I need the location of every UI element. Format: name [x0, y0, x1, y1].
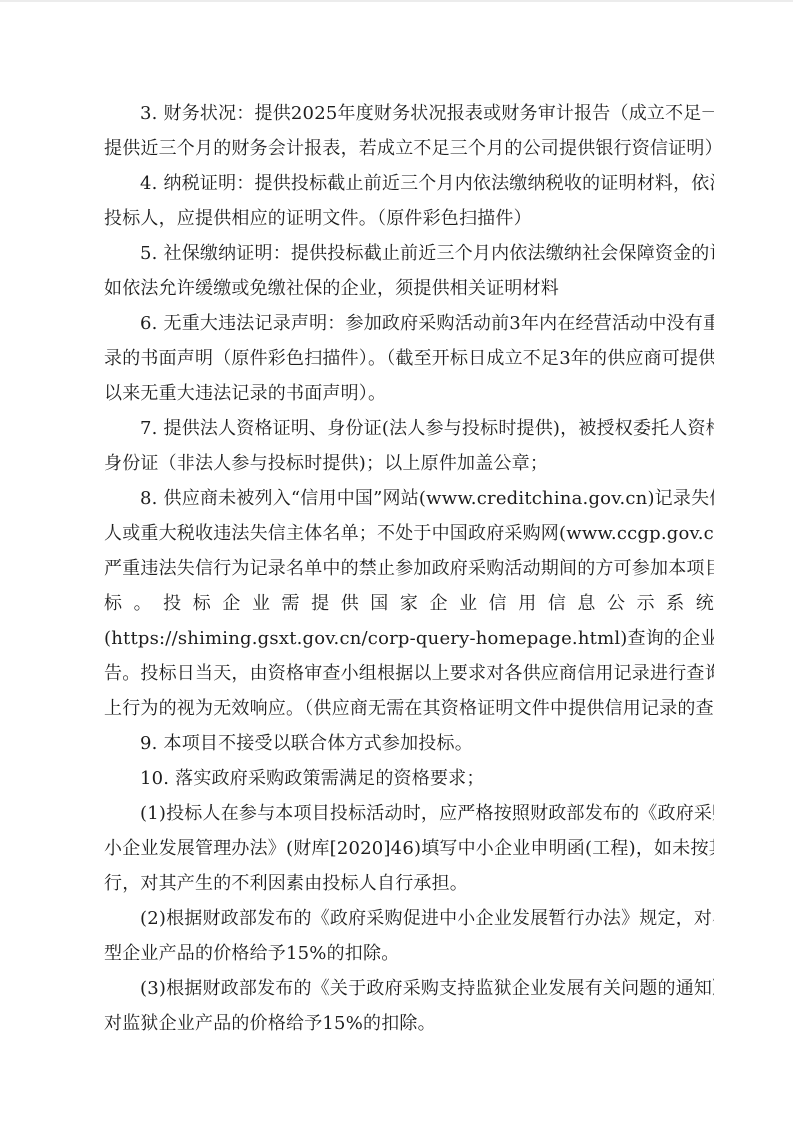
text-line: 4. 纳税证明：提供投标截止前近三个月内依法缴纳税收的证明材料，依法免税的 [104, 166, 714, 201]
text-line: 告。投标日当天，由资格审查小组根据以上要求对各供应商信用记录进行查询，有以 [104, 656, 714, 691]
item-7-legal-rep-certificates: 7. 提供法人资格证明、身份证(法人参与投标时提供)，被授权委托人资格证明、身份… [104, 411, 714, 481]
text-line: 人或重大税收违法失信主体名单；不处于中国政府采购网(www.ccgp.gov.c… [104, 516, 714, 551]
text-line: 严重违法失信行为记录名单中的禁止参加政府采购活动期间的方可参加本项目的投 [104, 551, 714, 586]
item-4-tax-certificate: 4. 纳税证明：提供投标截止前近三个月内依法缴纳税收的证明材料，依法免税的投标人… [104, 166, 714, 236]
text-line: 3. 财务状况：提供2025年度财务状况报表或财务审计报告（成立不足一年的公司 [104, 96, 714, 131]
item-10-2-sme-price-deduction: (2)根据财政部发布的《政府采购促进中小企业发展暂行办法》规定，对小型和微型企业… [104, 901, 714, 971]
text-line: 投标人，应提供相应的证明文件。（原件彩色扫描件） [104, 201, 714, 236]
item-3-financial-status: 3. 财务状况：提供2025年度财务状况报表或财务审计报告（成立不足一年的公司提… [104, 96, 714, 166]
item-8-credit-check: 8. 供应商未被列入“信用中国”网站(www.creditchina.gov.c… [104, 481, 714, 726]
text-line: 行，对其产生的不利因素由投标人自行承担。 [104, 866, 714, 901]
text-line: 标。投标企业需提供国家企业信用信息公示系统 [104, 586, 714, 621]
text-line: 对监狱企业产品的价格给予15%的扣除。 [104, 1006, 714, 1041]
text-line: 上行为的视为无效响应。（供应商无需在其资格证明文件中提供信用记录的查询结果） [104, 691, 714, 726]
item-10-1-sme-declaration: (1)投标人在参与本项目投标活动时，应严格按照财政部发布的《政府采购促进中小企业… [104, 796, 714, 901]
text-line: 6. 无重大违法记录声明：参加政府采购活动前3年内在经营活动中没有重大违法记 [104, 306, 714, 341]
text-line: 型企业产品的价格给予15%的扣除。 [104, 936, 714, 971]
item-9-no-consortium: 9. 本项目不接受以联合体方式参加投标。 [104, 726, 714, 761]
text-line: 以来无重大违法记录的书面声明）。 [104, 376, 714, 411]
item-5-social-insurance: 5. 社保缴纳证明：提供投标截止前近三个月内依法缴纳社会保障资金的记录证明；如依… [104, 236, 714, 306]
text-line: (2)根据财政部发布的《政府采购促进中小企业发展暂行办法》规定，对小型和微 [104, 901, 714, 936]
text-line: 9. 本项目不接受以联合体方式参加投标。 [104, 726, 714, 761]
text-line: 身份证（非法人参与投标时提供)；以上原件加盖公章； [104, 446, 714, 481]
text-line: 小企业发展管理办法》(财库[2020]46)填写中小企业申明函(工程)，如未按其… [104, 831, 714, 866]
text-line: 提供近三个月的财务会计报表，若成立不足三个月的公司提供银行资信证明） [104, 131, 714, 166]
text-line: 7. 提供法人资格证明、身份证(法人参与投标时提供)，被授权委托人资格证明、 [104, 411, 714, 446]
text-line: 录的书面声明（原件彩色扫描件）。（截至开标日成立不足3年的供应商可提供自成立 [104, 341, 714, 376]
item-6-no-major-violation: 6. 无重大违法记录声明：参加政府采购活动前3年内在经营活动中没有重大违法记录的… [104, 306, 714, 411]
item-10-policy-requirements: 10. 落实政府采购政策需满足的资格要求； [104, 761, 714, 796]
text-line: 如依法允许缓缴或免缴社保的企业，须提供相关证明材料 [104, 271, 714, 306]
document-body: 3. 财务状况：提供2025年度财务状况报表或财务审计报告（成立不足一年的公司提… [104, 96, 714, 1041]
text-line: (3)根据财政部发布的《关于政府采购支持监狱企业发展有关问题的通知》规定， [104, 971, 714, 1006]
text-line: (1)投标人在参与本项目投标活动时，应严格按照财政部发布的《政府采购促进中 [104, 796, 714, 831]
text-line: (https://shiming.gsxt.gov.cn/corp-query-… [104, 621, 714, 656]
text-line: 8. 供应商未被列入“信用中国”网站(www.creditchina.gov.c… [104, 481, 714, 516]
item-10-3-prison-enterprise-deduction: (3)根据财政部发布的《关于政府采购支持监狱企业发展有关问题的通知》规定，对监狱… [104, 971, 714, 1041]
text-line: 10. 落实政府采购政策需满足的资格要求； [104, 761, 714, 796]
text-line: 5. 社保缴纳证明：提供投标截止前近三个月内依法缴纳社会保障资金的记录证明； [104, 236, 714, 271]
document-page: 3. 财务状况：提供2025年度财务状况报表或财务审计报告（成立不足一年的公司提… [0, 0, 793, 1122]
